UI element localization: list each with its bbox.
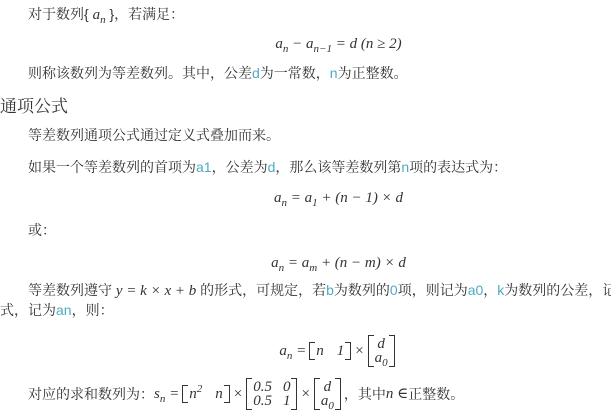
variable-b: b: [326, 282, 334, 298]
paragraph-after-definition: 则称该数列为等差数列。其中，公差d为一常数，n为正整数。: [0, 66, 609, 81]
paragraph-sum-series: 对应的求和数列为： sn = n2n × 0.500.51 × da0 ，其中 …: [0, 378, 609, 410]
linear-text-4: 项，则记为: [398, 282, 468, 298]
after-def-text-2: 为一常数，: [260, 65, 330, 81]
column-vector-d-a0: da0: [314, 378, 341, 410]
paragraph-intro: 对于数列{ an }，若满足：: [0, 7, 609, 23]
linear-text-1: 等差数列遵守: [28, 282, 116, 298]
row-vector-n-1: n1: [309, 342, 351, 360]
variable-a0: a0: [468, 282, 484, 298]
multiply-icon: ×: [301, 385, 309, 404]
paragraph-linear-line1: 等差数列遵守 y = k × x + b 的形式，可规定，若b为数列的0项，则记…: [0, 281, 609, 301]
formula-general-term: an = a1 + (n − 1) × d: [0, 190, 609, 207]
sum-text-1: 对应的求和数列为：: [28, 385, 154, 404]
paragraph-derive: 等差数列通项公式通过定义式叠加而来。: [0, 128, 609, 143]
linear-text-5: ，: [483, 282, 497, 298]
column-vector-d-a0: da0: [368, 335, 395, 367]
inline-math-linear: y = k × x + b: [116, 283, 196, 299]
inline-math-n-in: n ∈: [386, 385, 408, 404]
sum-text-3: 正整数。: [408, 385, 464, 404]
paragraph-or: 或：: [0, 223, 609, 238]
variable-an: an: [56, 302, 72, 318]
linear-text-3: 为数列的: [334, 282, 390, 298]
formula-definition: an − an−1 = d (n ≥ 2): [0, 36, 609, 53]
after-def-text-1: 则称该数列为等差数列。其中，公差: [28, 65, 252, 81]
cond-text-1: 如果一个等差数列的首项为: [28, 159, 196, 175]
variable-n: n: [401, 159, 409, 175]
sum-formula-lhs: sn =: [154, 385, 179, 404]
formula-general-term-2: an = am + (n − m) × d: [0, 255, 609, 272]
variable-0: 0: [390, 282, 398, 298]
variable-n: n: [330, 65, 338, 81]
inline-math-an: an: [93, 7, 106, 23]
linear2-text-1: 式，记为: [0, 302, 56, 318]
linear-text-2: 的形式，可规定，若: [196, 282, 326, 298]
multiply-icon: ×: [234, 385, 242, 404]
sum-text-2: ，其中: [344, 385, 386, 404]
linear-text-6: 为数列的公差，记为: [504, 282, 611, 298]
multiply-icon: ×: [355, 343, 363, 360]
paragraph-linear-line2: 式，记为an，则：: [0, 301, 609, 320]
variable-d: d: [252, 65, 260, 81]
cond-text-3: ，那么该等差数列第: [275, 159, 401, 175]
formula-matrix-an: an = n1 × da0: [0, 335, 609, 367]
intro-text-pre: 对于数列{: [28, 6, 93, 22]
matrix-2x2: 0.500.51: [246, 378, 297, 410]
article-content: 对于数列{ an }，若满足： an − an−1 = d (n ≥ 2) 则称…: [0, 0, 611, 411]
after-def-text-3: 为正整数。: [338, 65, 408, 81]
section-heading: 通项公式: [0, 97, 609, 116]
cond-text-4: 项的表达式为：: [409, 159, 507, 175]
paragraph-condition: 如果一个等差数列的首项为a1，公差为d，那么该等差数列第n项的表达式为：: [0, 160, 609, 175]
intro-text-post: }，若满足：: [106, 6, 185, 22]
matrix-formula-lhs: an =: [279, 343, 306, 360]
cond-text-2: ，公差为: [212, 159, 268, 175]
row-vector-n2-n: n2n: [182, 385, 230, 403]
variable-a1: a1: [196, 159, 212, 175]
linear2-text-2: ，则：: [72, 302, 114, 318]
